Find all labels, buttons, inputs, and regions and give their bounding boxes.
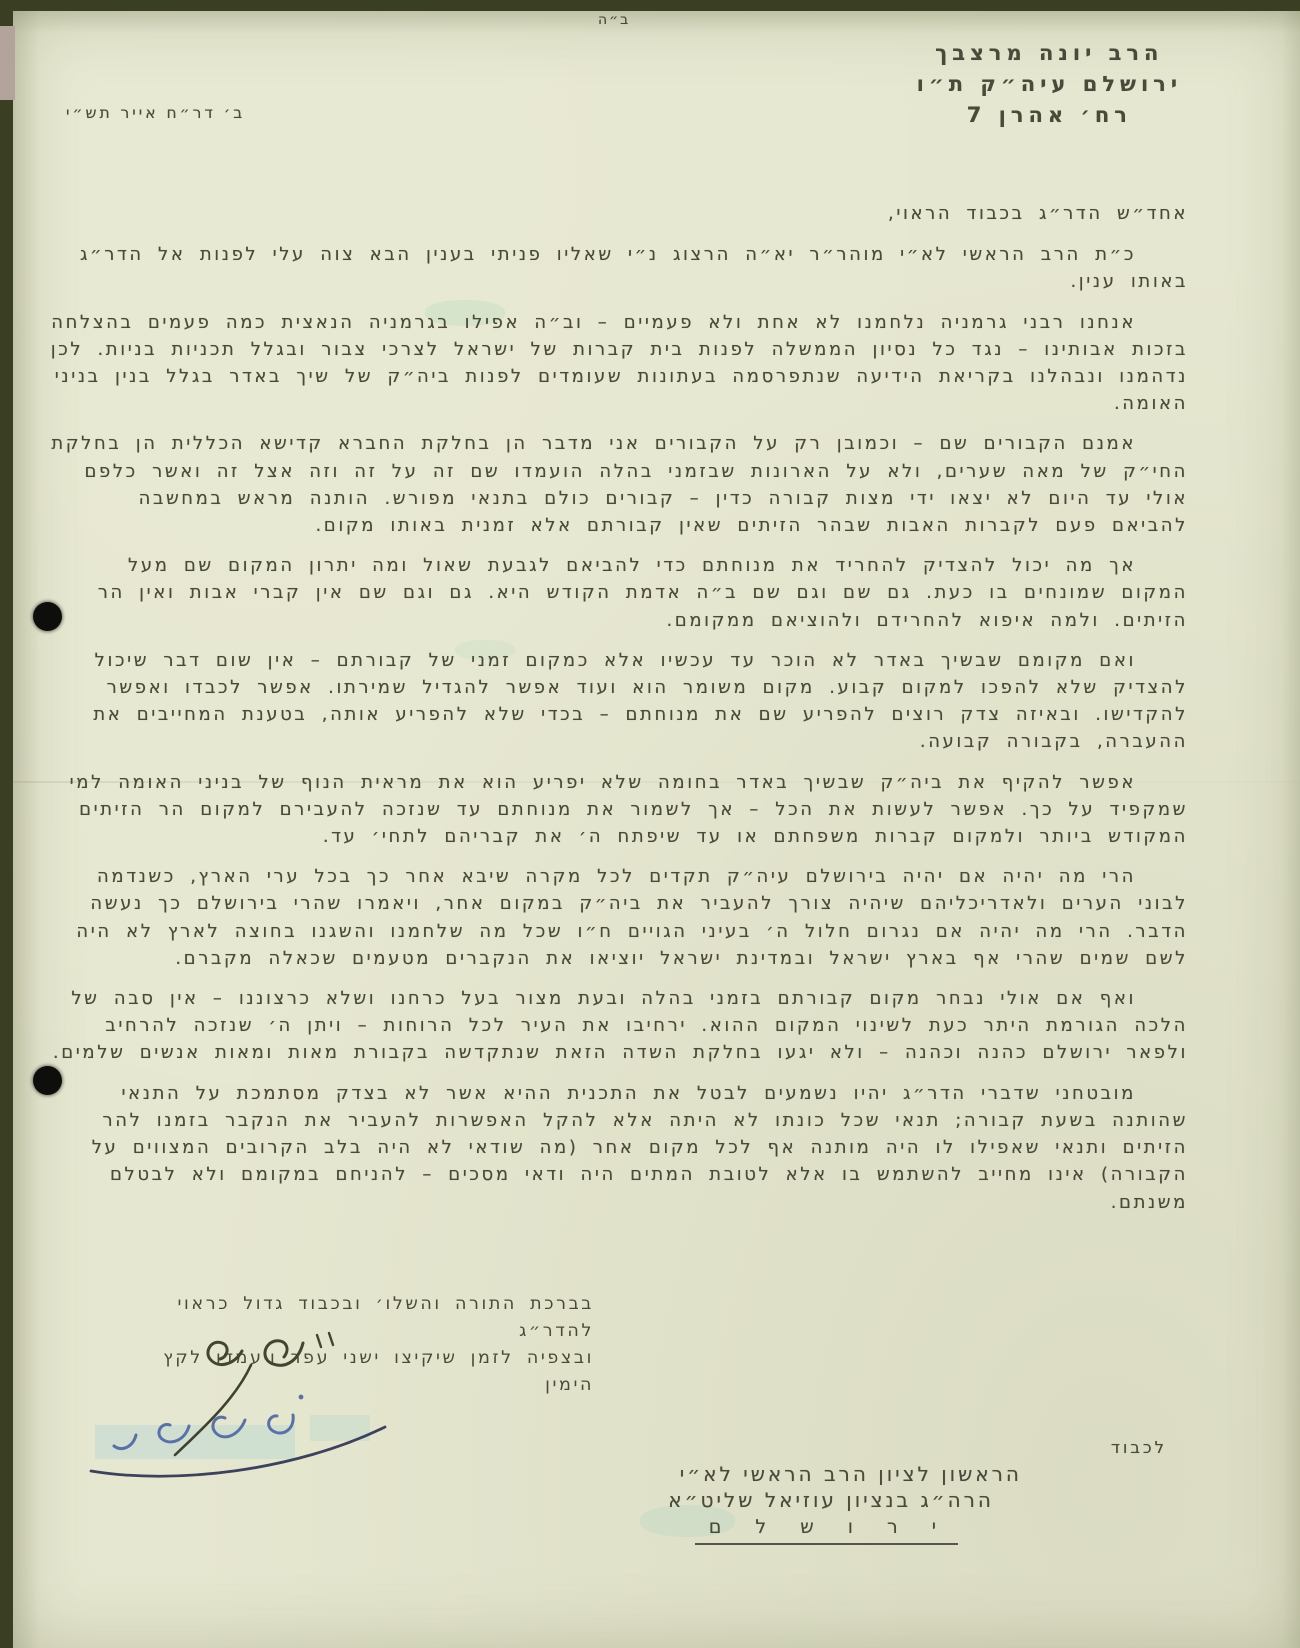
scan-tint-patch [95,1425,295,1459]
paragraph: מובטחני שדברי הדר״ג יהיו נשמעים לבטל את … [50,1080,1188,1216]
paragraph: אנחנו רבני גרמניה נלחמנו לא אחת ולא פעמי… [50,309,1188,418]
handwritten-signature [55,1265,495,1505]
salutation: אחד״ש הדר״ג בכבוד הראוי, [50,200,1188,227]
besiyata-mark: ב״ה [598,12,630,28]
paragraph: כ״ת הרב הראשי לא״י מוהר״ר יא״ה הרצוג נ״י… [50,241,1188,295]
recipient-title: הראשון לציון הרב הראשי לא״י [680,1462,1022,1486]
paragraph: ואף אם אולי נבחר מקום קבורתם בזמני בהלה … [50,985,1188,1067]
signature-quote-marks [317,1333,333,1347]
signature-stroke-dark [208,1341,303,1366]
scanned-letter-page: ב״ה הרב יונה מרצבך ירושלם עיה״ק ת״ו רח׳ … [0,0,1300,1648]
paragraph: אמנם הקבורים שם – וכמובן רק על הקבורים א… [50,430,1188,539]
paragraph: הרי מה יהיה אם יהיה בירושלם עיה״ק תקדים … [50,863,1188,972]
sender-city: ירושלם עיה״ק ת״ו [917,69,1182,100]
scan-corner-patch [0,26,15,100]
paragraph: אך מה יכול להצדיק להחריד את מנוחתם כדי ל… [50,552,1188,634]
recipient-name: הרה״ג בנציון עוזיאל שליט״א [668,1488,994,1512]
signature-ink-dot [299,1395,304,1400]
letter-body: אחד״ש הדר״ג בכבוד הראוי, כ״ת הרב הראשי ל… [50,200,1188,1229]
sender-name: הרב יונה מרצבך [917,38,1182,69]
recipient-city: י ר ו ש ל ם [695,1516,958,1545]
sender-street: רח׳ אהרן 7 [917,100,1182,131]
paragraph: אפשר להקיף את ביה״ק שבשיך באדר בחומה שלא… [50,769,1188,851]
sender-letterhead: הרב יונה מרצבך ירושלם עיה״ק ת״ו רח׳ אהרן… [917,38,1182,131]
recipient-label: לכבוד [1111,1438,1167,1457]
paragraph: ואם מקומם שבשיך באדר לא הוכר עד עכשיו אל… [50,647,1188,756]
date-line: ב׳ דר״ח אייר תש״י [66,104,245,122]
